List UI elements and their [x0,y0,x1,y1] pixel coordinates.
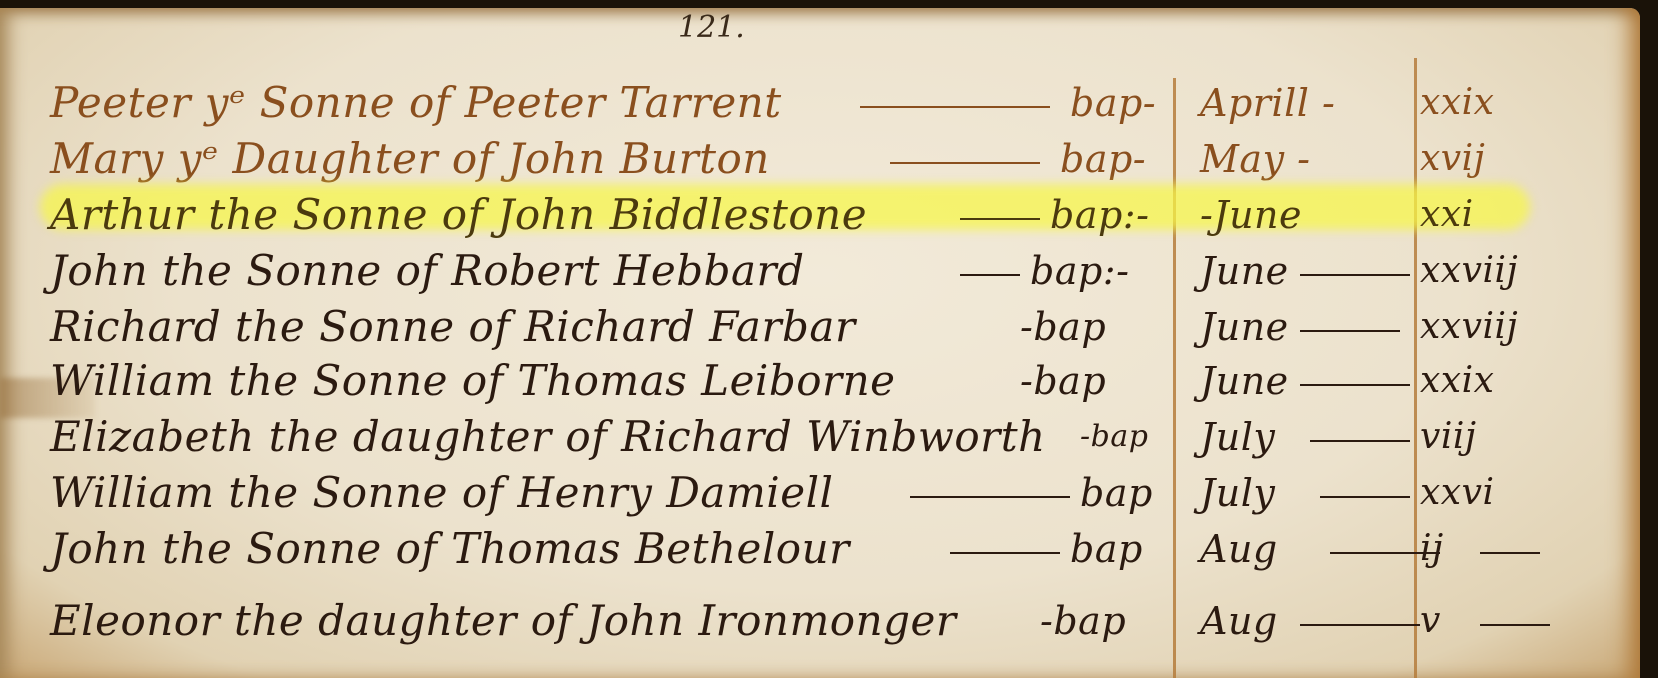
register-entry-highlighted: Arthur the Sonne of John Biddlestone bap… [0,192,1640,252]
entry-month: May - [1200,136,1310,182]
entry-dash [1480,624,1550,626]
entry-name: Richard the Sonne of Richard Farbar [50,304,856,350]
entry-event: bap [1080,470,1153,516]
entry-month: July [1200,470,1275,516]
entry-name: John the Sonne of Robert Hebbard [50,248,804,294]
entry-dash [1310,440,1410,442]
entry-event: -bap [1040,598,1126,644]
entry-name: William the Sonne of Henry Damiell [50,470,833,516]
entry-event: bap- [1070,80,1156,126]
entry-day: xxviij [1420,304,1518,350]
register-entry: Eleonor the daughter of John Ironmonger … [0,598,1640,658]
entry-day: viij [1420,414,1477,460]
entry-month: June [1200,304,1289,350]
entry-day: xxvi [1420,470,1494,516]
entry-day: xxviij [1420,248,1518,294]
entry-month: Aug [1200,598,1278,644]
entry-dash [1300,624,1420,626]
entry-dash [910,496,1070,498]
entry-dash [1320,496,1410,498]
entry-day: xxi [1420,192,1474,238]
entry-dash [1300,330,1400,332]
register-page: 121. Peeter yᵉ Sonne of Peeter Tarrent b… [0,8,1640,678]
entry-day: xxix [1420,80,1494,126]
entry-event: bap- [1060,136,1146,182]
entry-month: June [1200,248,1289,294]
entry-dash [960,274,1020,276]
entry-month: Aprill - [1200,80,1335,126]
register-entry: John the Sonne of Robert Hebbard bap:- J… [0,248,1640,308]
entry-dash [1300,384,1410,386]
entry-dash [950,552,1060,554]
entry-month: Aug [1200,526,1278,572]
entry-day: xvij [1420,136,1485,182]
register-entry: William the Sonne of Henry Damiell bap J… [0,470,1640,530]
entry-name: Eleonor the daughter of John Ironmonger [50,598,956,644]
entry-month: July [1200,414,1275,460]
register-entry: Elizabeth the daughter of Richard Winbwo… [0,414,1640,474]
entry-dash [860,106,1050,108]
entry-dash [960,218,1040,220]
entry-event: bap:- [1030,248,1129,294]
entry-event: bap [1070,526,1143,572]
entry-name: Peeter yᵉ Sonne of Peeter Tarrent [50,80,782,126]
register-entry: Peeter yᵉ Sonne of Peeter Tarrent bap- A… [0,80,1640,140]
entry-name: William the Sonne of Thomas Leiborne [50,358,896,404]
entry-day: xxix [1420,358,1494,404]
entry-event: bap:- [1050,192,1149,238]
entry-dash [890,162,1040,164]
register-entry: William the Sonne of Thomas Leiborne -ba… [0,358,1640,418]
entry-day: v [1420,598,1441,644]
entry-name: Elizabeth the daughter of Richard Winbwo… [50,414,1046,460]
entry-dash [1480,552,1540,554]
entry-event: -bap [1080,414,1148,460]
entry-name: John the Sonne of Thomas Bethelour [50,526,850,572]
entry-month: -June [1200,192,1302,238]
entry-event: -bap [1020,358,1106,404]
entry-month: June [1200,358,1289,404]
entry-name: Mary yᵉ Daughter of John Burton [50,136,770,182]
register-entry: Richard the Sonne of Richard Farbar -bap… [0,304,1640,364]
page-number: 121. [678,10,745,45]
entry-dash [1300,274,1410,276]
register-entry: John the Sonne of Thomas Bethelour bap A… [0,526,1640,586]
entry-name: Arthur the Sonne of John Biddlestone [50,192,867,238]
entry-event: -bap [1020,304,1106,350]
entry-day: ij [1420,526,1444,572]
